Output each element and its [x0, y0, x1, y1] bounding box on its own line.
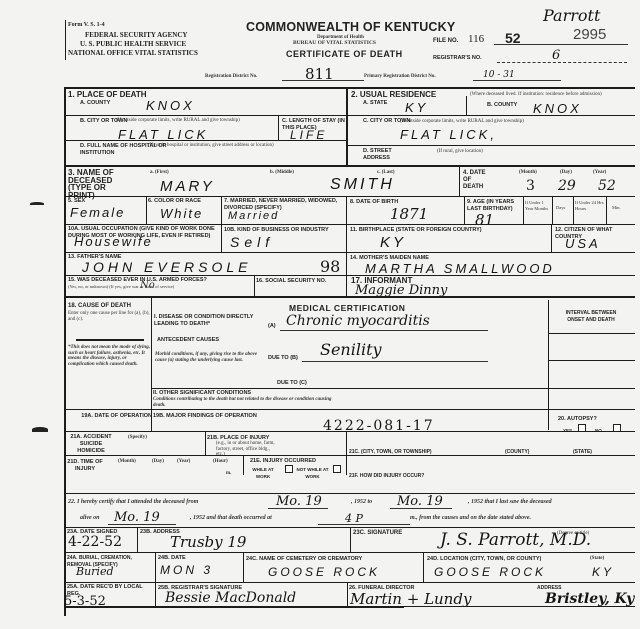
rule	[548, 333, 635, 334]
armed-forces: No	[140, 280, 155, 291]
primary-district-label: Primary Registration District No.	[364, 74, 436, 80]
death-month: 3	[526, 178, 535, 194]
not-while-at-work-label: NOT WHILE AT WORK	[295, 466, 330, 480]
marital-status: Married	[228, 210, 279, 222]
autopsy-label: 20. AUTOPSY?	[558, 416, 597, 423]
rule	[137, 527, 138, 552]
file-annotation: Parrott	[543, 6, 600, 25]
res-street-note: (If rural, give location)	[437, 149, 483, 155]
bureau: BUREAU OF VITAL STATISTICS	[293, 41, 376, 47]
to-year-text: , 1952 that I last saw the deceased	[468, 500, 552, 506]
alive-on: Mo. 19	[114, 510, 160, 525]
rule	[464, 196, 465, 224]
rule	[348, 145, 635, 146]
time-day-label: (Day)	[152, 459, 164, 465]
rule	[254, 275, 255, 296]
res-city-note: (If outside corporate limits, write RURA…	[400, 119, 524, 125]
due-to-c-label: DUE TO (c)	[277, 380, 307, 387]
death-day: 29	[558, 178, 576, 194]
year-label: (Year)	[593, 170, 606, 176]
date-of-death-label: 4. DATE OF DEATH	[463, 170, 493, 191]
rule	[606, 196, 607, 224]
while-at-work-label: WHILE AT WORK	[250, 466, 276, 480]
certify-text-2: alive on	[80, 516, 100, 522]
attended-from: Mo. 19	[276, 494, 322, 509]
rule	[459, 165, 460, 196]
certify-text-1: 22. I hereby certify that I attended the…	[68, 500, 198, 506]
funeral-address: Bristley, Ky	[545, 591, 634, 607]
armed-forces-label: 15. WAS DECEASED EVER IN U.S. ARMED FORC…	[68, 277, 207, 284]
rule	[155, 582, 156, 606]
last-label: c. (Last)	[377, 170, 395, 176]
father-name: JOHN EVERSOLE	[82, 259, 251, 275]
death-certificate: Form V. S. 1-4 FEDERAL SECURITY AGENCY U…	[0, 0, 640, 629]
form-top-border	[64, 87, 635, 89]
registrar-signature: Bessie MacDonald	[165, 590, 296, 606]
rule	[155, 552, 156, 582]
file-no-label: FILE NO.	[433, 38, 458, 45]
rule	[221, 196, 222, 224]
antecedent-label: ANTECEDENT CAUSES	[157, 337, 219, 344]
part1-label: I. DISEASE OR CONDITION DIRECTLY LEADING…	[154, 314, 272, 328]
primary-district: 10 - 31	[483, 70, 515, 80]
rule	[66, 455, 635, 456]
rule	[350, 527, 351, 552]
medical-heading: MEDICAL CERTIFICATION	[289, 304, 405, 312]
rule	[548, 360, 635, 361]
cause-note: Enter only one cause per line for (a), (…	[68, 311, 154, 322]
burial-date-label: 24b. DATE	[158, 555, 186, 562]
month-label: (Month)	[519, 170, 537, 176]
rule	[205, 431, 206, 455]
mother-maiden-name: MARTHA SMALLWOOD	[365, 261, 555, 276]
usual-residence-label: 2. USUAL RESIDENCE	[351, 91, 436, 99]
ssn-label: 16. SOCIAL SECURITY NO.	[256, 278, 326, 285]
date-of-birth: 1871	[390, 205, 428, 223]
antecedent-note: Morbid conditions, if any, giving rise t…	[155, 352, 263, 363]
last-name: SMITH	[330, 176, 395, 194]
cemetery-name: GOOSE ROCK	[268, 565, 380, 579]
cemetery-label: 24c. NAME OF CEMETERY OR CREMATORY	[246, 556, 362, 563]
death-time-line	[318, 524, 410, 525]
header-rule	[65, 20, 66, 60]
injury-occurred-label: 21e. INJURY OCCURRED	[250, 458, 316, 465]
burial-location: GOOSE ROCK	[434, 565, 546, 579]
date-received: 5-3-52	[64, 594, 106, 609]
cause-b-line	[302, 361, 488, 362]
from-year-text: , 1952 to	[351, 500, 372, 506]
time-of-injury-label: 21d. TIME OF INJURY	[67, 459, 103, 473]
agency-line-2: U. S. PUBLIC HEALTH SERVICE	[80, 40, 186, 48]
while-at-work-checkbox[interactable]	[285, 465, 293, 473]
business-label: 10b. KIND OF BUSINESS OR INDUSTRY	[224, 227, 342, 234]
burial-location-state: KY	[592, 565, 614, 579]
day-label: (Day)	[560, 170, 572, 176]
interval-label: INTERVAL BETWEEN ONSET AND DEATH	[557, 310, 625, 324]
citizen: USA	[565, 236, 601, 251]
rule	[346, 431, 347, 475]
rule	[548, 300, 549, 430]
middle-label: b. (Middle)	[270, 170, 294, 176]
rule	[243, 552, 244, 582]
rule	[64, 296, 635, 298]
rule	[346, 196, 347, 296]
attended-to: Mo. 19	[397, 494, 443, 509]
rule	[243, 455, 244, 475]
alive-year-text: , 1952 and that death occurred at	[190, 516, 272, 522]
rule	[400, 606, 635, 607]
file-no-number: 2995	[573, 26, 606, 43]
cause-of-death-label: 18. CAUSE OF DEATH	[68, 303, 131, 310]
usual-residence-note: (Where deceased lived. If institution: r…	[470, 92, 602, 98]
res-county: KNOX	[533, 101, 582, 116]
file-no-prefix: 116	[468, 33, 484, 45]
cause-a-line	[280, 330, 488, 331]
rule	[151, 296, 152, 409]
death-county: KNOX	[146, 98, 195, 113]
part2-note: Conditions contributing to the death but…	[153, 397, 333, 408]
state-title: COMMONWEALTH OF KENTUCKY	[246, 20, 455, 34]
margin-mark-icon	[30, 202, 44, 205]
place-of-death-label: 1. PLACE OF DEATH	[68, 91, 147, 99]
cause-footnote: *This does not mean the mode of dying, s…	[68, 345, 154, 367]
county-label: a. COUNTY	[80, 100, 110, 107]
part2-label: II. OTHER SIGNIFICANT CONDITIONS	[153, 390, 251, 397]
race-label: 6. COLOR OR RACE	[148, 198, 201, 205]
how-injury-label: 21f. HOW DID INJURY OCCUR?	[349, 473, 424, 480]
rule	[66, 115, 346, 116]
certify-text-3: m., from the causes and on the date stat…	[410, 516, 531, 522]
deceased-name-label: 3. NAME OF DECEASED (Type or Print)	[68, 169, 128, 199]
registrars-no: 6	[552, 48, 560, 63]
res-state: KY	[405, 100, 428, 115]
cause-a: Chronic myocarditis	[286, 313, 430, 329]
agency-line-3: NATIONAL OFFICE VITAL STATISTICS	[68, 49, 198, 57]
res-state-label: a. STATE	[363, 100, 387, 107]
race: White	[160, 206, 203, 221]
rule	[151, 388, 635, 389]
rule	[278, 115, 279, 140]
rule	[66, 140, 346, 141]
agency-line-1: FEDERAL SECURITY AGENCY	[85, 31, 187, 39]
rule	[348, 115, 635, 116]
father-age: 98	[320, 257, 340, 276]
age-days-label: Days	[556, 205, 565, 211]
age-min-label: Min.	[612, 205, 621, 211]
location-label: 24d. LOCATION (City, town, or county)	[427, 556, 541, 563]
rule	[66, 252, 635, 253]
city-note: (If outside corporate limits, write RURA…	[116, 118, 240, 124]
rule	[66, 224, 635, 225]
rule	[76, 339, 144, 341]
specify-label: (Specify)	[128, 435, 147, 441]
rule	[66, 582, 635, 583]
physician-address: Trusby 19	[170, 533, 246, 551]
time-hour-label: (Hour)	[213, 459, 228, 465]
cause-b: Senility	[320, 340, 382, 359]
form-number: Form V. S. 1-4	[68, 21, 105, 29]
armed-forces-note: (Yes, no, or unknown) (If yes, give war …	[68, 284, 174, 290]
rule	[66, 493, 635, 494]
res-city: FLAT LICK,	[400, 127, 497, 142]
registration-district-label: Registration District No.	[205, 74, 257, 80]
hospital-note: (If not in hospital or institution, give…	[148, 143, 274, 149]
rule	[552, 196, 553, 224]
primary-district-line	[473, 80, 561, 81]
date-signed: 4-22-52	[68, 534, 122, 550]
first-label: a. (First)	[150, 170, 169, 176]
burial-method: Buried	[76, 565, 114, 578]
rule	[66, 196, 635, 197]
rule	[523, 196, 524, 224]
res-county-label: b. COUNTY	[487, 102, 517, 109]
margin-mark-icon	[32, 427, 48, 432]
rule	[466, 96, 467, 115]
registrars-no-label: REGISTRAR'S NO.	[433, 55, 482, 62]
age-hours-label: If Under 24 Hrs Hours	[575, 200, 605, 211]
age-months-label: If Under 1 Year Months	[525, 200, 551, 211]
occupation: Housewife	[74, 234, 153, 249]
signature-label: 23c. SIGNATURE	[353, 530, 402, 537]
accident-label: 21a. ACCIDENT SUICIDE HOMICIDE	[70, 434, 112, 455]
rule	[221, 224, 222, 252]
res-street-label: d. STREET ADDRESS	[363, 148, 393, 162]
business: Self	[230, 234, 274, 250]
birthplace: KY	[380, 234, 406, 251]
death-time: 4 P	[345, 512, 363, 525]
not-while-at-work-checkbox[interactable]	[333, 465, 341, 473]
sex-label: 5. SEX	[68, 198, 85, 205]
registrars-no-line	[497, 62, 627, 63]
time-year-label: (Year)	[177, 459, 190, 465]
rule	[146, 196, 147, 224]
rule	[551, 224, 552, 252]
rule	[66, 431, 635, 432]
time-month-label: (Month)	[118, 459, 136, 465]
physician-signature: J. S. Parrott, M.D.	[440, 530, 591, 550]
section-divider	[346, 87, 348, 165]
registration-district: 811	[305, 65, 334, 83]
file-no-year: 52	[505, 30, 521, 46]
rule	[573, 196, 574, 224]
due-to-b-label: DUE TO (b)	[268, 355, 298, 362]
certificate-title: CERTIFICATE OF DEATH	[286, 49, 403, 59]
first-name: MARY	[160, 178, 215, 195]
operation-date-label: 19a. DATE OF OPERATION	[68, 413, 152, 420]
rule	[423, 552, 424, 582]
m-label: m.	[226, 471, 231, 477]
rule	[66, 552, 635, 553]
a-label: (a)	[268, 323, 276, 330]
sex: Female	[70, 205, 125, 220]
location-state-label: (State)	[590, 556, 604, 562]
rule	[64, 165, 635, 167]
rule	[347, 582, 348, 606]
burial-date: MON 3	[160, 563, 213, 577]
death-year: 52	[598, 178, 616, 194]
rule	[151, 409, 152, 431]
operation-findings-label: 19b. MAJOR FINDINGS OF OPERATION	[153, 413, 257, 420]
birthplace-label: 11. BIRTHPLACE (State or foreign country…	[350, 227, 482, 234]
